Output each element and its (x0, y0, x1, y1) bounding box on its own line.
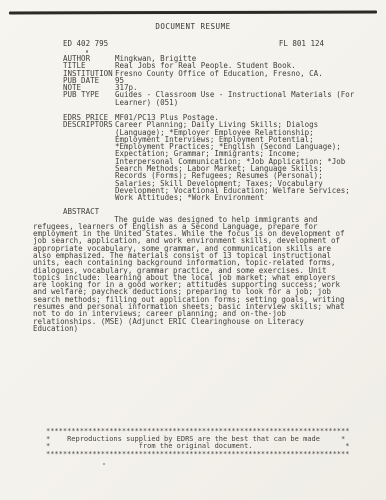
field-row-descriptors: DESCRIPTORS Career Planning; Daily Livin… (63, 121, 365, 201)
field-label: DESCRIPTORS (63, 121, 115, 128)
ed-number: ED 402 795 (63, 40, 108, 47)
field-label: PUB TYPE (63, 91, 115, 98)
field-value: Career Planning; Daily Living Skills; Di… (115, 121, 365, 201)
top-rule (9, 11, 377, 14)
field-row-institution: INSTITUTION Fresno County Office of Educ… (63, 70, 365, 77)
id-row: ED 402 795 FL 801 124 (63, 40, 324, 47)
field-value: Fresno County Office of Education, Fresn… (115, 70, 365, 77)
document-title: DOCUMENT RESUME (0, 23, 386, 30)
field-value: 95 (115, 77, 365, 84)
scan-artifact (103, 463, 105, 465)
scan-artifact (86, 50, 88, 53)
field-row-pub-type: PUB TYPE Guides - Classroom Use - Instru… (63, 91, 365, 106)
document-page: DOCUMENT RESUME ED 402 795 FL 801 124 AU… (0, 0, 386, 500)
field-row-pub-date: PUB DATE 95 (63, 77, 365, 84)
edrs-reproduction-notice: ****************************************… (46, 428, 349, 458)
abstract-text: The guide was designed to help immigrant… (33, 216, 358, 333)
clearinghouse-number: FL 801 124 (279, 40, 324, 47)
bibliographic-fields: AUTHOR Mingkwan, Brigitte TITLE Real Job… (63, 55, 365, 106)
field-value: Guides - Classroom Use - Instructional M… (115, 91, 365, 106)
indexing-fields: EDRS PRICE MF01/PC13 Plus Postage. DESCR… (63, 114, 365, 202)
